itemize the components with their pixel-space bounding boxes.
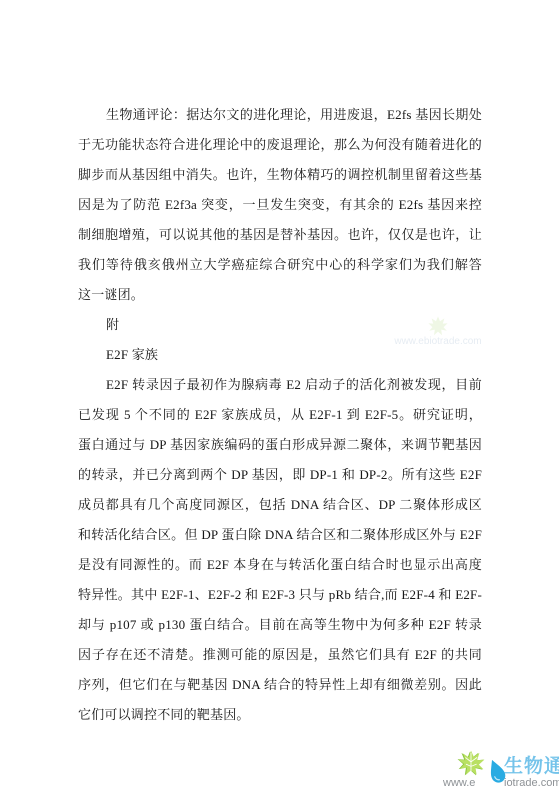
text-line: E2F 家族 — [78, 340, 482, 370]
text-line: 因子存在还不清楚。推测可能的原因是，虽然它们具有 E2F 的共同 — [78, 640, 482, 670]
text-line: 是没有同源性的。而 E2F 本身在与转活化蛋白结合时也显示出高度 — [78, 550, 482, 580]
text-line: 成员都具有几个高度同源区，包括 DNA 结合区、DP 二聚体形成区 — [78, 490, 482, 520]
text-line: 蛋白通过与 DP 基因家族编码的蛋白形成异源二聚体，来调节靶基因 — [78, 430, 482, 460]
article-body: 生物通评论：据达尔文的进化理论，用进废退，E2fs 基因长期处于无功能状态符合进… — [78, 100, 482, 730]
text-line: 特异性。其中 E2F-1、E2F-2 和 E2F-3 只与 pRb 结合,而 E… — [78, 580, 482, 610]
text-line: 于无功能状态符合进化理论中的废退理论，那么为何没有随着进化的 — [78, 130, 482, 160]
text-line: 它们可以调控不同的靶基因。 — [78, 700, 482, 730]
text-line: 我们等待俄亥俄州立大学癌症综合研究中心的科学家们为我们解答 — [78, 250, 482, 280]
document-page: www.ebiotrade.com 生物通评论：据达尔文的进化理论，用进废退，E… — [0, 0, 559, 793]
logo-brand-text: 生物通 — [504, 751, 559, 778]
text-line: 附 — [78, 310, 482, 340]
text-line: 却与 p107 或 p130 蛋白结合。目前在高等生物中为何多种 E2F 转录 — [78, 610, 482, 640]
text-line: 的转录，并已分离到两个 DP 基因，即 DP-1 和 DP-2。所有这些 E2F — [78, 460, 482, 490]
text-line: 这一谜团。 — [78, 280, 482, 310]
text-line: 制细胞增殖，可以说其他的基因是替补基因。也许，仅仅是也许，让 — [78, 220, 482, 250]
text-line: 已发现 5 个不同的 E2F 家族成员，从 E2F-1 到 E2F-5。研究证明… — [78, 400, 482, 430]
text-line: 序列，但它们在与靶基因 DNA 结合的特异性上却有细微差别。因此 — [78, 670, 482, 700]
logo-url-suffix: iotrade.com — [504, 777, 559, 789]
text-line: 和转活化结合区。但 DP 蛋白除 DNA 结合区和二聚体形成区外与 E2F — [78, 520, 482, 550]
text-line: 生物通评论：据达尔文的进化理论，用进废退，E2fs 基因长期处 — [78, 100, 482, 130]
logo-url-prefix: www.e — [443, 777, 475, 789]
leaf-icon — [452, 749, 490, 777]
text-line: 脚步而从基因组中消失。也许，生物体精巧的调控机制里留着这些基 — [78, 160, 482, 190]
biotrade-logo: 生物通 www.e iotrade.com — [443, 750, 557, 792]
text-line: 因是为了防范 E2f3a 突变，一旦发生突变，有其余的 E2fs 基因来控 — [78, 190, 482, 220]
text-line: E2F 转录因子最初作为腺病毒 E2 启动子的活化剂被发现，目前 — [78, 370, 482, 400]
